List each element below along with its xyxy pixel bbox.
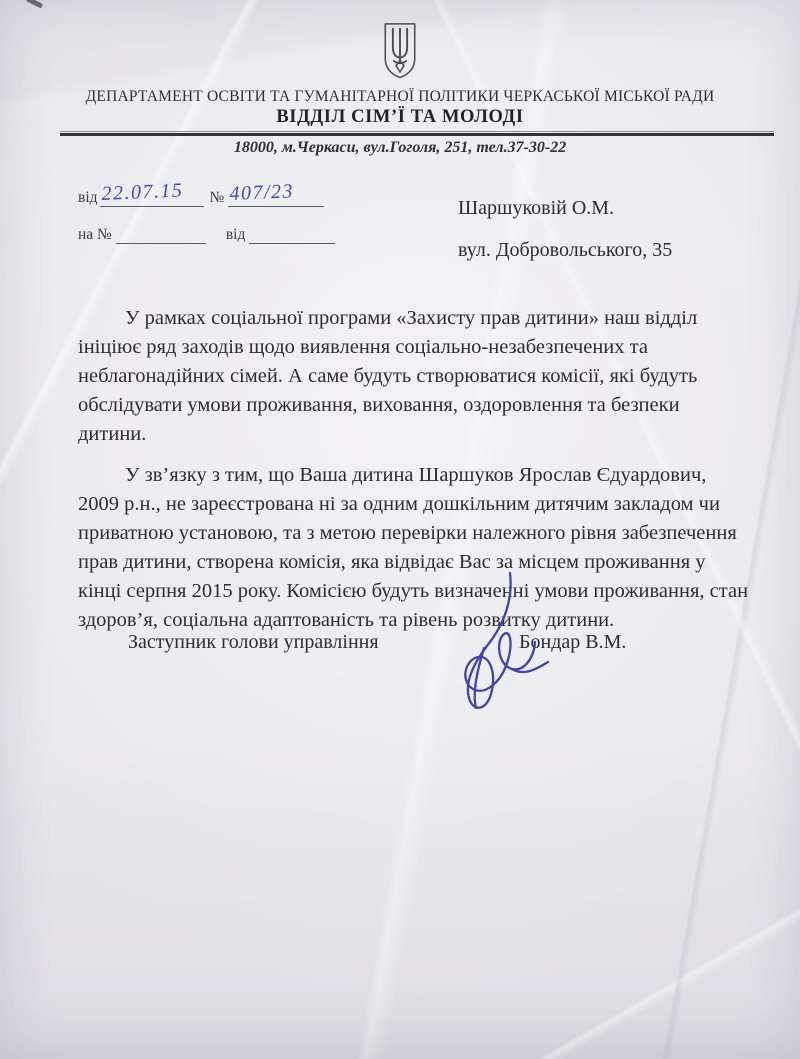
recipient-name: Шаршуковій О.М. [458, 197, 672, 220]
ref-number-line: 407/23 [228, 186, 324, 207]
ref-from-label: від [78, 189, 98, 207]
reply-date-line [249, 223, 335, 244]
reference-block: від 22.07.15 № 407/23 на № від [78, 170, 335, 244]
reply-number-line [116, 223, 206, 244]
scan-artifact-mark [26, 0, 43, 9]
recipient-address: вул. Добровольського, 35 [458, 239, 672, 262]
recipient-block: Шаршуковій О.М. вул. Добровольського, 35 [458, 197, 672, 281]
signer-name: Бондар В.М. [519, 631, 626, 654]
organization-address: 18000, м.Черкаси, вул.Гоголя, 251, тел.3… [0, 139, 800, 157]
letter-body: У рамках соціальної програми «Захисту пр… [78, 304, 750, 635]
reply-vid-label: від [226, 226, 246, 244]
ref-number-label: № [210, 189, 225, 207]
signer-title: Заступник голови управління [128, 631, 379, 654]
organization-name: ДЕПАРТАМЕНТ ОСВІТИ ТА ГУМАНІТАРНОЇ ПОЛІТ… [0, 88, 800, 106]
ukraine-tryzub-emblem-icon [381, 22, 419, 80]
body-paragraph-1: У рамках соціальної програми «Захисту пр… [78, 304, 750, 449]
handwritten-number: 407/23 [229, 180, 295, 206]
ref-date-line: 22.07.15 [100, 186, 204, 207]
outgoing-reference-row: від 22.07.15 № 407/23 [78, 170, 335, 207]
incoming-reference-row: на № від [78, 207, 335, 244]
letterhead-rule [60, 131, 774, 136]
body-paragraph-2: У зв’язку з тим, що Ваша дитина Шаршуков… [78, 461, 750, 635]
reply-na-label: на № [78, 226, 112, 244]
scanned-letter-page: ДЕПАРТАМЕНТ ОСВІТИ ТА ГУМАНІТАРНОЇ ПОЛІТ… [0, 0, 800, 1059]
handwritten-date: 22.07.15 [101, 179, 184, 206]
department-name: ВІДДІЛ СІМ’Ї ТА МОЛОДІ [0, 107, 800, 128]
